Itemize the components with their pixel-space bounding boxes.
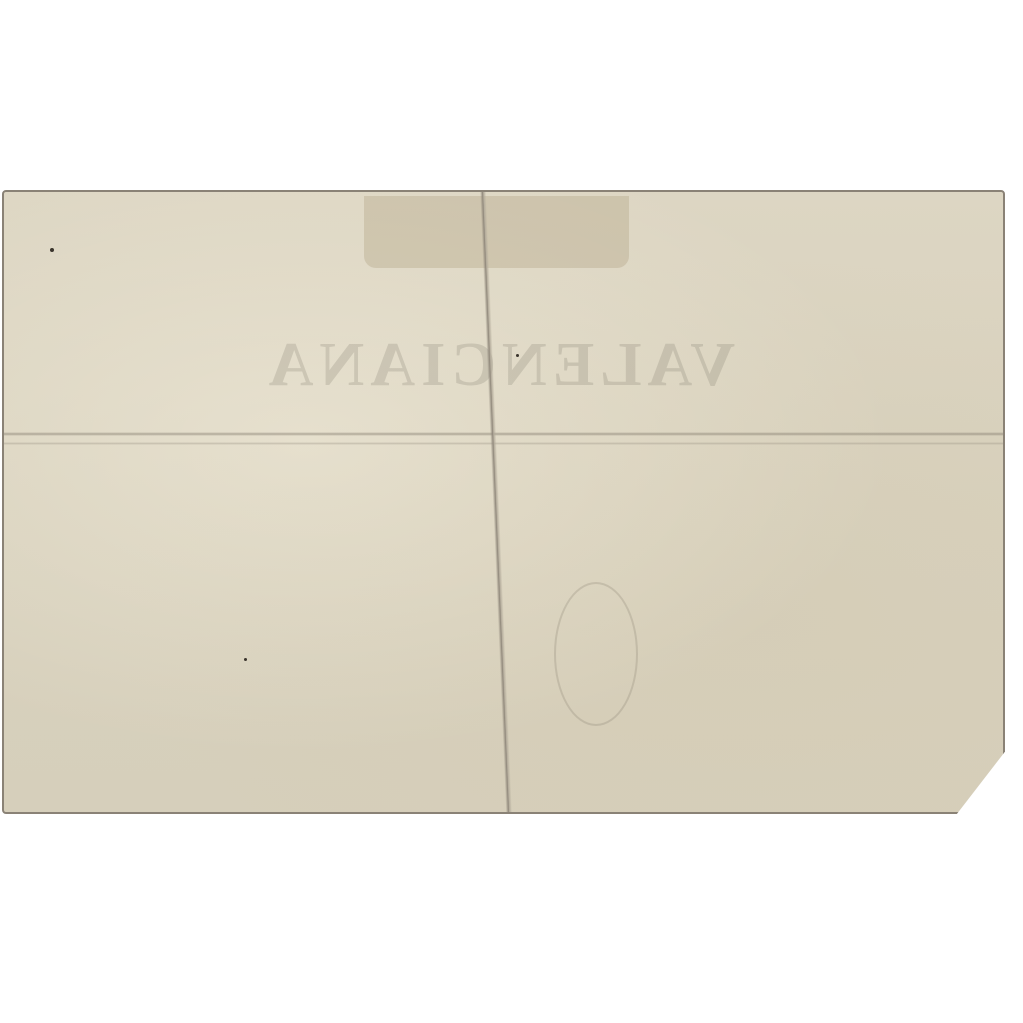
bleed-through-oval: [554, 582, 638, 726]
horizontal-crease: [4, 442, 1003, 445]
paper-note: VALENCIANA: [2, 190, 1005, 814]
ink-spot: [516, 354, 519, 357]
tape-mark: [364, 196, 629, 268]
ink-spot: [244, 658, 247, 661]
ink-spot: [50, 248, 54, 252]
bleed-through-text: VALENCIANA: [99, 330, 899, 401]
vertical-fold: [480, 192, 512, 812]
horizontal-fold: [4, 432, 1003, 436]
